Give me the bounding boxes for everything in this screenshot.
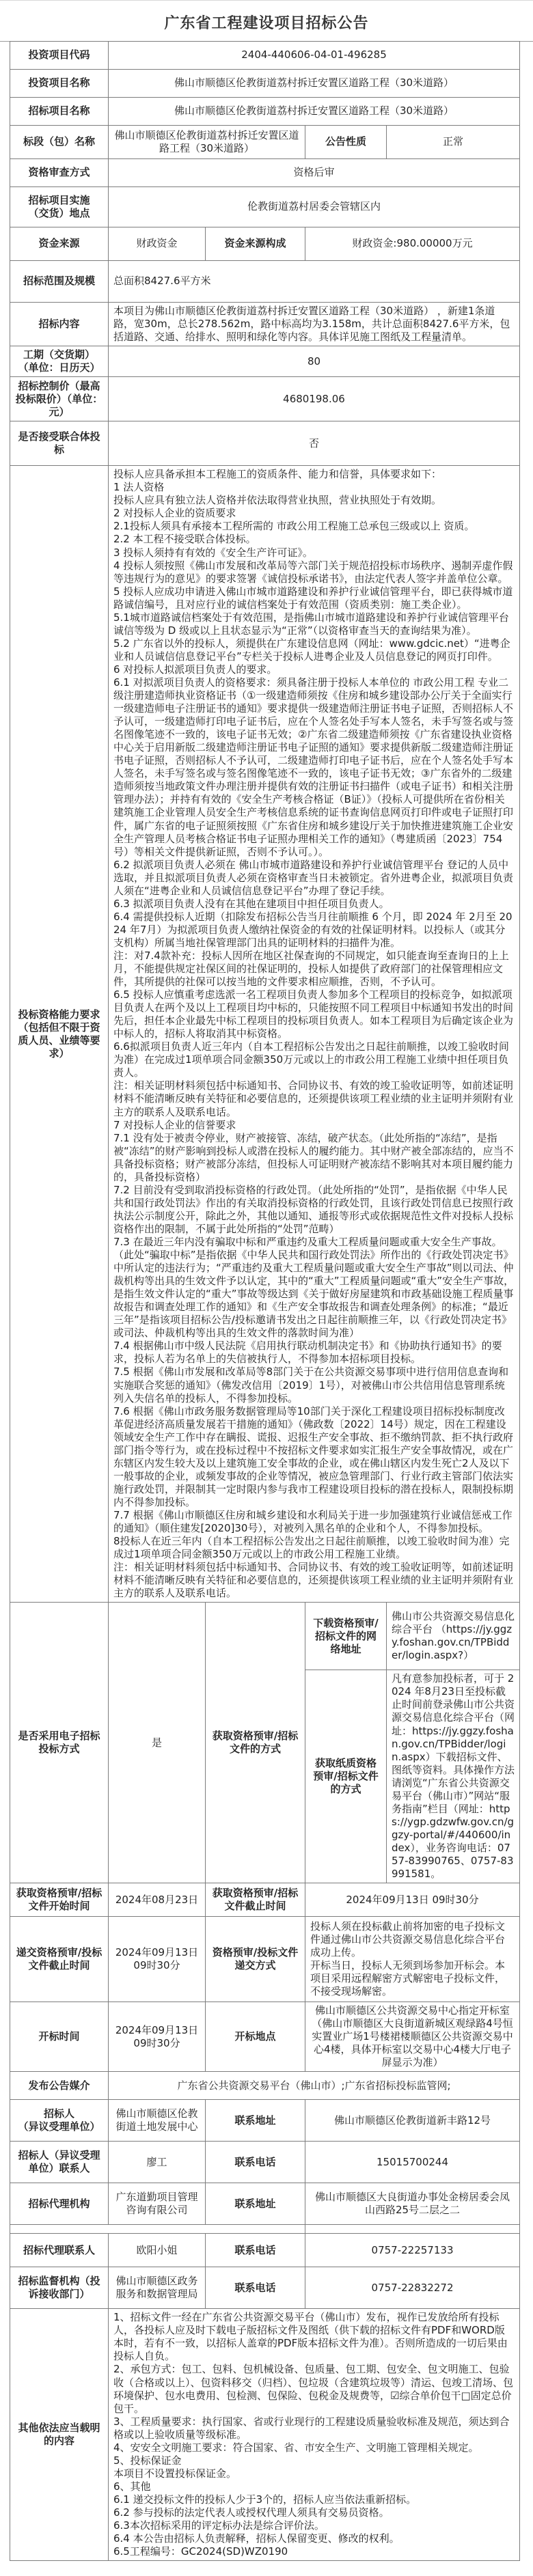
submission-method-value: 投标人须在投标截止前将加密的电子投标文件通过佛山市公共资源交易信息化综合平台成功… [305,1917,520,2002]
fund-source-value: 财政资金 [109,227,206,261]
qualification-review-method-label: 资格审查方式 [10,159,109,187]
construction-period-value: 80 [109,346,520,377]
invest-project-code-value: 2404-440606-04-01-496285 [109,42,520,70]
agency-phone-value: 0757-22257133 [305,2234,520,2267]
agency-contact-label: 招标代理联系人 [10,2234,109,2267]
supervision-authority-label: 招标监督机构（投诉接收部门） [10,2267,109,2309]
agency-value: 广东道勤项目管理咨询有限公司 [109,2183,206,2225]
section-name-label: 标段（包）名称 [10,126,109,159]
table-row: 是否采用电子招标投标方式 是 获取资格预审/招标文件的方式 下载资格预审/招标文… [10,1603,520,1670]
submission-deadline-label: 递交资格预审/投标文件截止时间 [10,1917,109,2002]
tender-scope-scale-label: 招标范围及规模 [10,261,109,303]
bidder-qualification-requirements-label: 投标资格能力要求（包括但不限于资质人员、业绩等要求） [10,466,109,1603]
qualification-review-method-value: 资格后审 [109,159,520,187]
invest-project-name-value: 佛山市顺德区伦教街道荔村拆迁安置区道路工程（30米道路） [109,70,520,98]
tenderer-contact-label: 招标人（异议受理单位）联系人 [10,2142,109,2183]
table-row: 资金来源 财政资金 资金来源构成 财政资金:980.00000万元 [10,227,520,261]
gap-cell-right [305,2225,520,2234]
bid-opening-time-label: 开标时间 [10,2002,109,2072]
table-row: 招标内容 本项目为佛山市顺德区伦教街道荔村拆迁安置区道路工程（30米道路） ，新… [10,303,520,346]
download-url-value: 佛山市公共资源交易信息化综合平台 （https://jy.ggzy.foshan… [387,1603,520,1670]
fund-source-composition-label: 资金来源构成 [206,227,305,261]
tender-announcement-table: 投资项目代码 2404-440606-04-01-496285 投资项目名称 佛… [10,41,520,2561]
table-row: 投标资格能力要求（包括但不限于资质人员、业绩等要求） 投标人应具备承担本工程施工… [10,466,520,1603]
tender-project-name-value: 佛山市顺德区伦教街道荔村拆迁安置区道路工程（30米道路） [109,98,520,126]
table-row: 招标人（异议受理单位）联系人 廖工 联系电话 15015700244 [10,2142,520,2183]
table-row: 招标项目名称 佛山市顺德区伦教街道荔村拆迁安置区道路工程（30米道路） [10,98,520,126]
construction-period-label: 工期（交货期） （单位：日历天） [10,346,109,377]
other-content-label: 其他依法应当载明 的内容 [10,2309,109,2561]
tender-content-label: 招标内容 [10,303,109,346]
announcement-media-value: 广东省公共资源交易平台（佛山市）;广东省招标投标监管网; [109,2072,520,2100]
tenderer-phone-value: 15015700244 [305,2142,520,2183]
table-row: 招标代理机构 广东道勤项目管理咨询有限公司 联系地址 佛山市顺德区大良街道办事处… [10,2183,520,2225]
bottom-whitespace [0,2561,533,2576]
table-row: 开标时间 2024年09月13日 09时30分 开标地点 佛山市顺德区公共资源交… [10,2002,520,2072]
tenderer-value: 佛山市顺德区伦教街道土地发展中心 [109,2100,206,2142]
table-row: 标段（包）名称 佛山市顺德区伦教街道荔村拆迁安置区道路工程（30米道路） 公告性… [10,126,520,159]
bid-opening-place-label: 开标地点 [206,2002,305,2072]
table-row: 其他依法应当载明 的内容 1、招标文件一经在广东省公共资源交易平台（佛山市）发布… [10,2309,520,2561]
tender-project-name-label: 招标项目名称 [10,98,109,126]
agency-contact-value: 欧阳小姐 [109,2234,206,2267]
table-row: 递交资格预审/投标文件截止时间 2024年09月13日 09时30分 资格预审/… [10,1917,520,2002]
document-obtain-method-label: 获取资格预审/招标文件的方式 [206,1603,305,1883]
announcement-media-label: 发布公告媒介 [10,2072,109,2100]
fund-source-label: 资金来源 [10,227,109,261]
submission-deadline-value: 2024年09月13日 09时30分 [109,1917,206,2002]
table-row: 招标监督机构（投诉接收部门） 佛山市顺德区政务服务和数据管理局 联系电话 075… [10,2267,520,2309]
table-row: 获取资格预审/招标文件开始时间 2024年08月23日 获取资格预审/招标文件截… [10,1883,520,1917]
invest-project-code-label: 投资项目代码 [10,42,109,70]
submission-method-label: 资格预审/投标文件递交方式 [206,1917,305,2002]
bid-opening-place-value: 佛山市顺德区公共资源交易中心指定开标室（佛山市顺德区大良街道新城区观绿路4号恒实… [305,2002,520,2072]
obtain-deadline-label: 获取资格预审/招标文件截止时间 [206,1883,305,1917]
page-title: 广东省工程建设项目招标公告 [0,12,533,33]
table-row: 发布公告媒介 广东省公共资源交易平台（佛山市）;广东省招标投标监管网; [10,2072,520,2100]
implementation-location-label: 招标项目实施 （交货）地点 [10,187,109,227]
obtain-deadline-value: 2024年09月13日 09时30分 [305,1883,520,1917]
agency-label: 招标代理机构 [10,2183,109,2225]
tenderer-phone-label: 联系电话 [206,2142,305,2183]
paper-obtain-method-label: 获取纸质资格预审/招标文件的方式 [305,1670,387,1883]
consortium-bidding-value: 否 [109,421,520,466]
tender-content-value: 本项目为佛山市顺德区伦教街道荔村拆迁安置区道路工程（30米道路） ，新建1条道路… [109,303,520,346]
obtain-start-time-value: 2024年08月23日 [109,1883,206,1917]
other-content-value: 1、招标文件一经在广东省公共资源交易平台（佛山市）发布，视作已发放给所有投标人，… [109,2309,520,2561]
tender-control-price-value: 4680198.06 [109,377,520,421]
table-row: 是否接受联合体投标 否 [10,421,520,466]
implementation-location-value: 伦教街道荔村居委会管辖区内 [109,187,520,227]
section-name-value: 佛山市顺德区伦教街道荔村拆迁安置区道路工程（30米道路） [109,126,305,159]
bidder-qualification-requirements-value: 投标人应具备承担本工程施工的资质条件、能力和信誉，具体要求如下： 1 法人资格 … [109,466,520,1603]
obtain-start-time-label: 获取资格预审/招标文件开始时间 [10,1883,109,1917]
table-row: 工期（交货期） （单位：日历天） 80 [10,346,520,377]
agency-address-value: 佛山市顺德区大良街道办事处金榜居委会凤山西路25号二层之二 [305,2183,520,2225]
table-row: 招标项目实施 （交货）地点 伦教街道荔村居委会管辖区内 [10,187,520,227]
electronic-bidding-value: 是 [109,1603,206,1883]
supervision-phone-label: 联系电话 [206,2267,305,2309]
fund-source-composition-value: 财政资金:980.00000万元 [305,227,520,261]
table-row: 投资项目名称 佛山市顺德区伦教街道荔村拆迁安置区道路工程（30米道路） [10,70,520,98]
gap-cell-left [10,2225,305,2234]
supervision-authority-value: 佛山市顺德区政务服务和数据管理局 [109,2267,206,2309]
invest-project-name-label: 投资项目名称 [10,70,109,98]
consortium-bidding-label: 是否接受联合体投标 [10,421,109,466]
table-row: 招标范围及规模 总面积8427.6平方米 [10,261,520,303]
notice-nature-label: 公告性质 [305,126,387,159]
bid-opening-time-value: 2024年09月13日 09时30分 [109,2002,206,2072]
tenderer-label: 招标人 （异议受理单位） [10,2100,109,2142]
table-row: 资格审查方式 资格后审 [10,159,520,187]
table-row: 招标人 （异议受理单位） 佛山市顺德区伦教街道土地发展中心 联系地址 佛山市顺德… [10,2100,520,2142]
electronic-bidding-label: 是否采用电子招标投标方式 [10,1603,109,1883]
supervision-phone-value: 0757-22832272 [305,2267,520,2309]
agency-address-label: 联系地址 [206,2183,305,2225]
tenderer-address-value: 佛山市顺德区伦教街道新丰路12号 [305,2100,520,2142]
tenderer-address-label: 联系地址 [206,2100,305,2142]
table-gap-row [10,2225,520,2234]
notice-nature-value: 正常 [387,126,520,159]
top-divider [0,0,533,1]
table-row: 招标代理联系人 欧阳小姐 联系电话 0757-22257133 [10,2234,520,2267]
paper-obtain-method-value: 凡有意参加投标者，可于 2024 年8月23日至投标截止时间前登录佛山市公共资源… [387,1670,520,1883]
tender-scope-scale-value: 总面积8427.6平方米 [109,261,520,303]
tender-control-price-label: 招标控制价（最高投标限价）（单位：元） [10,377,109,421]
agency-phone-label: 联系电话 [206,2234,305,2267]
download-url-label: 下载资格预审/招标文件的网络地址 [305,1603,387,1670]
table-row: 投资项目代码 2404-440606-04-01-496285 [10,42,520,70]
tenderer-contact-value: 廖工 [109,2142,206,2183]
table-row: 招标控制价（最高投标限价）（单位：元） 4680198.06 [10,377,520,421]
